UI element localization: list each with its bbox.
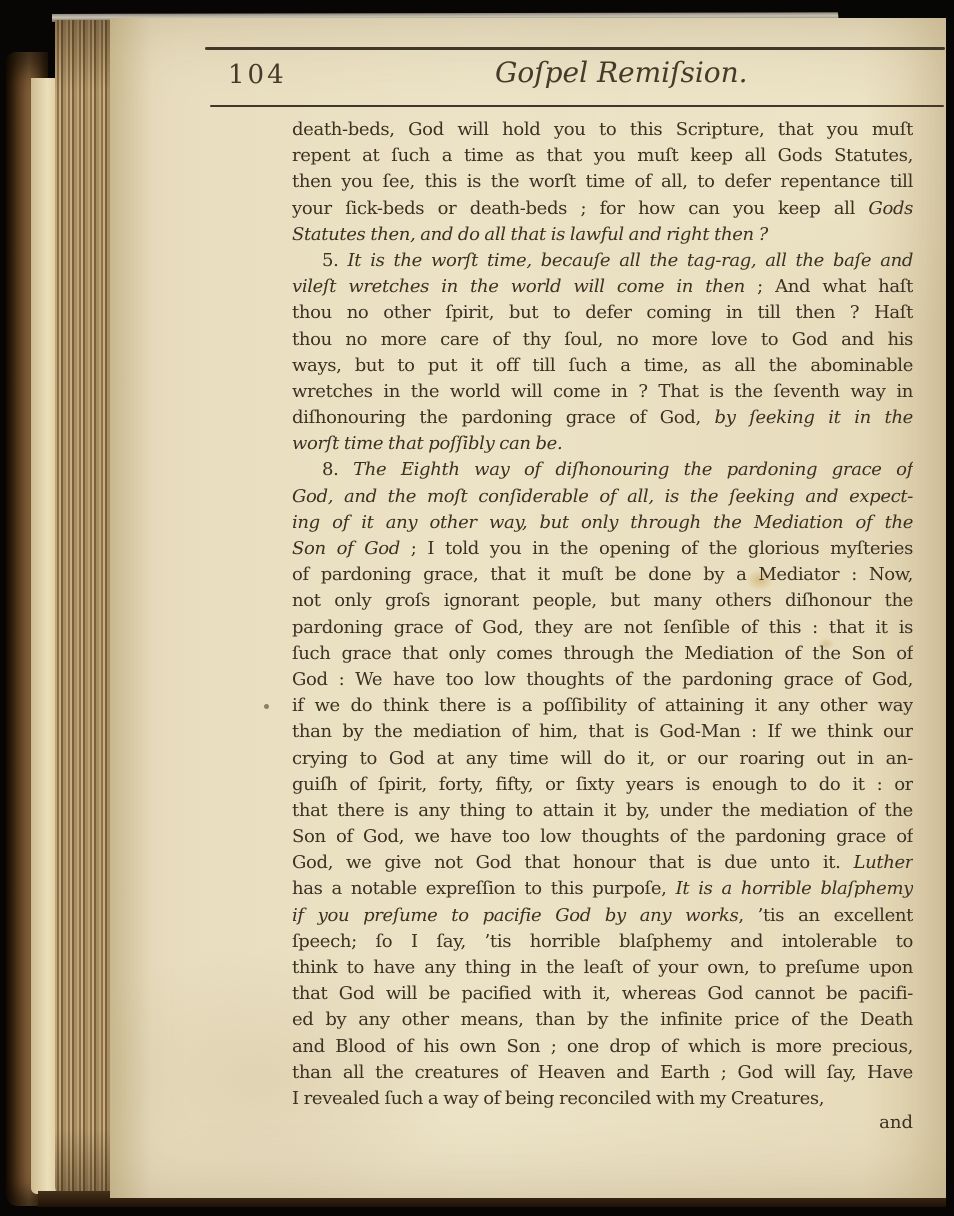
text-line: God : We have too low thoughts of the pa… <box>292 667 913 693</box>
text-line: ing of it any other way, but only throug… <box>292 510 913 536</box>
text-block: death-beds, God will hold you to this Sc… <box>292 117 913 1112</box>
text-line: if we do think there is a poſſibility of… <box>292 693 913 719</box>
text-line: death-beds, God will hold you to this Sc… <box>292 117 913 143</box>
text-line: vileſt wretches in the world will come i… <box>292 274 913 300</box>
page-block-edges <box>55 20 113 1200</box>
catchword: and <box>879 1112 913 1133</box>
text-line: that there is any thing to attain it by,… <box>292 798 913 824</box>
text-line: I revealed ſuch a way of being reconcile… <box>292 1086 913 1112</box>
text-line: not only groſs ignorant people, but many… <box>292 588 913 614</box>
text-line: than by the mediation of him, that is Go… <box>292 719 913 745</box>
text-line: than all the creatures of Heaven and Ear… <box>292 1060 913 1086</box>
text-line: worſt time that poſſibly can be. <box>292 431 913 457</box>
text-line: Son of God ; I told you in the opening o… <box>292 536 913 562</box>
text-line: Son of God, we have too low thoughts of … <box>292 824 913 850</box>
text-line: pardoning grace of God, they are not ſen… <box>292 615 913 641</box>
text-line: has a notable expreſſion to this purpoſe… <box>292 876 913 902</box>
page-number: 104 <box>228 60 287 90</box>
catchword-row: and <box>292 1112 913 1133</box>
running-title: Goſpel Remiſsion. <box>495 56 748 89</box>
text-line: crying to God at any time will do it, or… <box>292 746 913 772</box>
text-line: thou no other ſpirit, but to defer comin… <box>292 300 913 326</box>
text-line: that God will be pacified with it, where… <box>292 981 913 1007</box>
text-line: ed by any other means, than by the infin… <box>292 1007 913 1033</box>
text-line: Statutes then, and do all that is lawful… <box>292 222 913 248</box>
text-line: of pardoning grace, that it muſt be done… <box>292 562 913 588</box>
text-line: God, and the moſt conſiderable of all, i… <box>292 484 913 510</box>
text-line: thou no more care of thy ſoul, no more l… <box>292 327 913 353</box>
header-rule-top <box>205 47 945 50</box>
text-line: and Blood of his own Son ; one drop of w… <box>292 1034 913 1060</box>
text-line: God, we give not God that honour that is… <box>292 850 913 876</box>
text-line: 8. The Eighth way of diſhonouring the pa… <box>292 457 913 483</box>
text-line: your ſick-beds or death-beds ; for how c… <box>292 196 913 222</box>
text-line: repent at ſuch a time as that you muſt k… <box>292 143 913 169</box>
text-line: 5. It is the worſt time, becauſe all the… <box>292 248 913 274</box>
text-line: diſhonouring the pardoning grace of God,… <box>292 405 913 431</box>
text-line: ways, but to put it off till ſuch a time… <box>292 353 913 379</box>
text-line: ſuch grace that only comes through the M… <box>292 641 913 667</box>
text-line: ſpeech; ſo I ſay, ’tis horrible blaſphem… <box>292 929 913 955</box>
text-line: think to have any thing in the leaſt of … <box>292 955 913 981</box>
header-rule-bottom <box>210 105 944 107</box>
text-line: wretches in the world will come in ? Tha… <box>292 379 913 405</box>
text-line: if you preſume to pacifie God by any wor… <box>292 903 913 929</box>
text-line: guiſh of ſpirit, forty, fifty, or ſixty … <box>292 772 913 798</box>
text-line: then you ſee, this is the worſt time of … <box>292 169 913 195</box>
ink-speck <box>264 704 269 709</box>
book-page: 104 Goſpel Remiſsion. death-beds, God wi… <box>110 18 946 1198</box>
